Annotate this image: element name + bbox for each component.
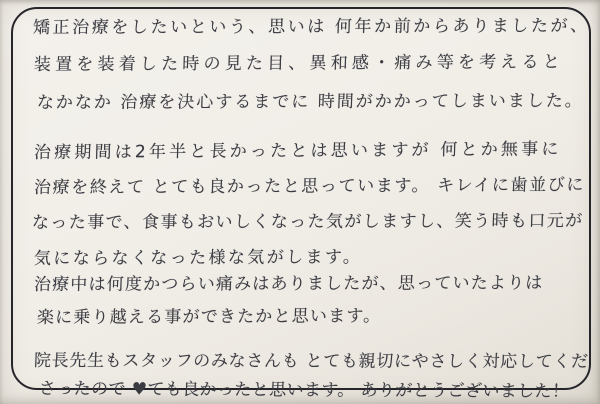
handwriting-line-2: 装置を装着した時の見た目、異和感・痛み等を考えると bbox=[34, 47, 565, 75]
handwriting-line-8: 治療中は何度かつらい痛みはありましたが、思っていたよりは bbox=[34, 268, 544, 295]
handwriting-line-6: なった事で、食事もおいしくなった気がしますし、笑う時も口元が bbox=[32, 206, 584, 233]
handwriting-line-4: 治療期間は2年半と長かったとは思いますが 何とか無事に bbox=[34, 134, 562, 163]
handwriting-line-5: 治療を終えて とても良かったと思っています。 キレイに歯並びに bbox=[34, 170, 586, 198]
handwriting-line-1: 矯正治療をしたいという、思いは 何年か前からありましたが、 bbox=[33, 11, 591, 38]
handwriting-line-3: なかなか 治療を決心するまでに 時間がかかってしまいました。 bbox=[37, 86, 585, 113]
handwriting-line-9: 楽に乗り越える事ができたかと思います。 bbox=[37, 301, 382, 328]
handwriting-line-7: 気にならなくなった様な気がします。 bbox=[34, 242, 363, 269]
handwriting-line-11: さったので ♥ても良かったと思います。 ありがとうございました！ bbox=[38, 374, 569, 402]
paper-background: 矯正治療をしたいという、思いは 何年か前からありましたが、 装置を装着した時の見… bbox=[0, 0, 600, 404]
handwriting-line-10: 院長先生もスタッフのみなさんも とても親切にやさしく対応してくだ bbox=[34, 346, 590, 372]
